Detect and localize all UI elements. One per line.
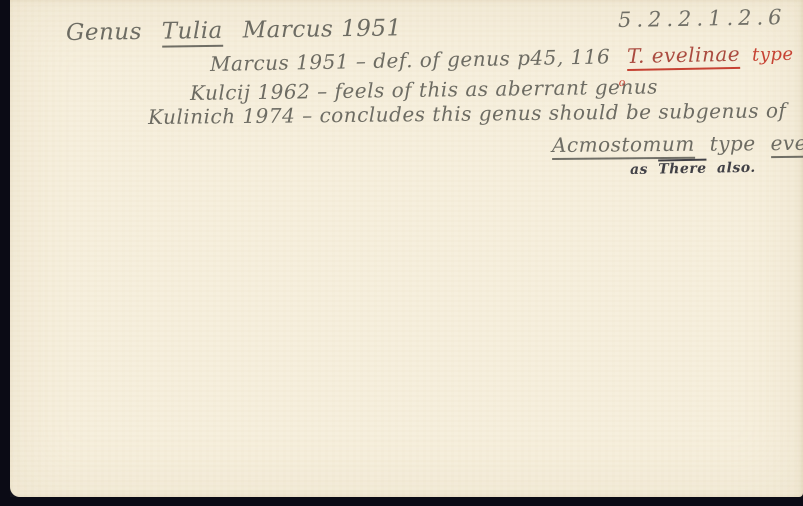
heading-line: Genus Tulia Marcus 1951 [66, 15, 402, 46]
index-card: 5.2.2.1.2.6 Genus Tulia Marcus 1951 Marc… [10, 0, 803, 497]
scanned-card-image: 5.2.2.1.2.6 Genus Tulia Marcus 1951 Marc… [0, 0, 803, 506]
note-word-1: as [630, 162, 648, 178]
type-species-red: T. evelinae [627, 42, 741, 71]
subgenus-type-label: type [710, 131, 756, 155]
entry-subgenus-line: Acmostomum type evelinae [552, 130, 803, 157]
entry-marcus-1951: Marcus 1951 – def. of genus p45, 116 T. … [210, 41, 794, 76]
note-word-2: There [658, 161, 707, 178]
genus-name: Tulia [162, 18, 223, 48]
dark-ink-note: as There also. [630, 160, 756, 178]
subgenus-name: Acmostomum [552, 132, 695, 160]
note-word-3: also. [717, 160, 756, 177]
subgenus-type-species: evelinae [770, 130, 803, 158]
catalog-number: 5.2.2.1.2.6 [618, 5, 787, 32]
type-label-red: type [752, 44, 794, 66]
entry-marcus-text: Marcus 1951 – def. of genus p45, 116 [210, 44, 611, 76]
author-year: Marcus 1951 [242, 15, 401, 43]
genus-label: Genus [66, 19, 142, 46]
red-annotation-mark: o [619, 76, 626, 89]
